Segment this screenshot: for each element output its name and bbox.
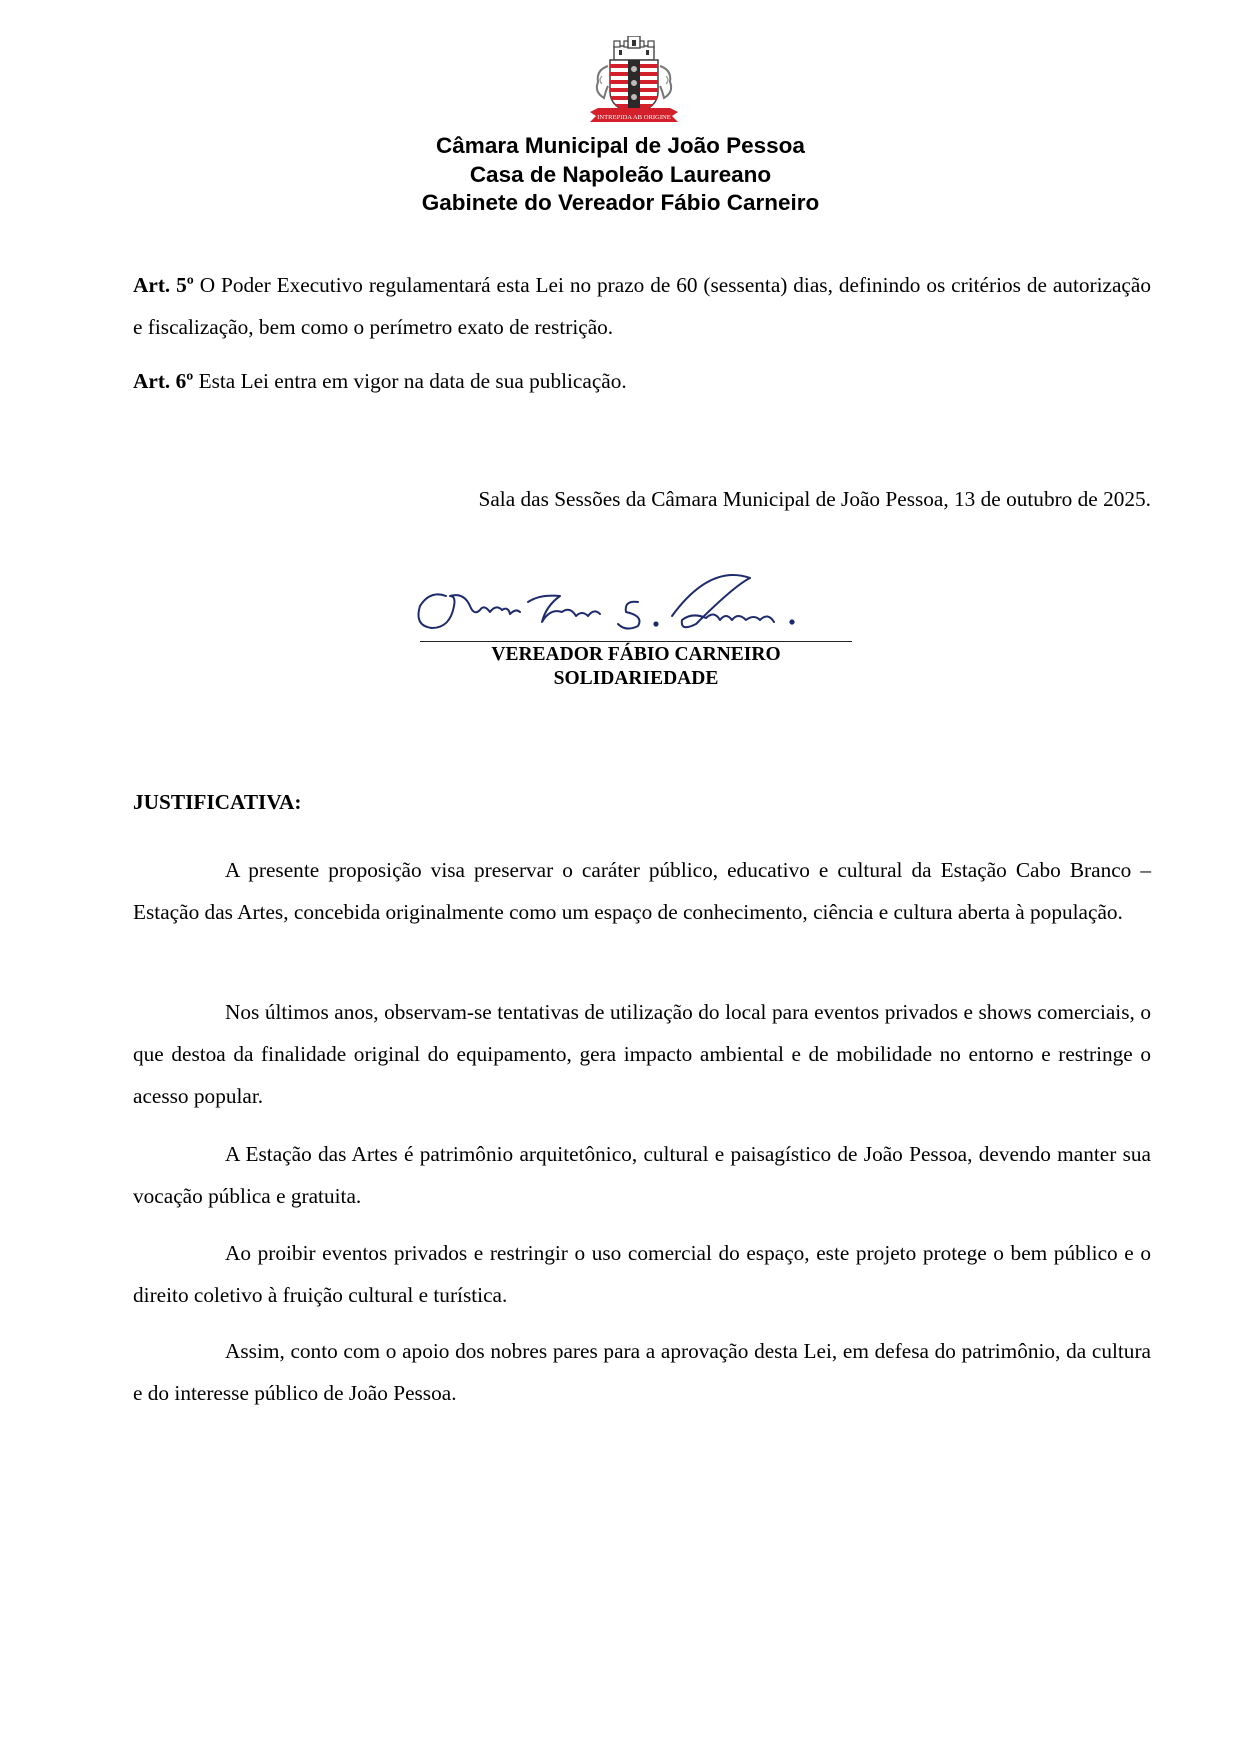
letterhead-house: Casa de Napoleão Laureano xyxy=(0,161,1241,190)
justification-paragraph: Ao proibir eventos privados e restringir… xyxy=(133,1232,1151,1316)
signature-line xyxy=(420,641,852,642)
article-6: Art. 6º Esta Lei entra em vigor na data … xyxy=(133,360,1151,402)
signatory-party: SOLIDARIEDADE xyxy=(420,667,852,691)
svg-text:INTREPIDA AB ORIGINE: INTREPIDA AB ORIGINE xyxy=(597,114,671,121)
letterhead-office: Gabinete do Vereador Fábio Carneiro xyxy=(0,189,1241,218)
justification-paragraph: Assim, conto com o apoio dos nobres pare… xyxy=(133,1330,1151,1414)
article-5-label: Art. 5º xyxy=(133,273,194,297)
handwritten-signature xyxy=(410,566,860,646)
article-5-text: O Poder Executivo regulamentará esta Lei… xyxy=(133,273,1151,339)
letterhead-chamber: Câmara Municipal de João Pessoa xyxy=(0,132,1241,161)
justification-paragraph: Nos últimos anos, observam-se tentativas… xyxy=(133,991,1151,1117)
justification-paragraph: A Estação das Artes é patrimônio arquite… xyxy=(133,1133,1151,1217)
justification-title: JUSTIFICATIVA: xyxy=(133,781,301,823)
place-and-date: Sala das Sessões da Câmara Municipal de … xyxy=(133,478,1151,520)
signatory-name: VEREADOR FÁBIO CARNEIRO xyxy=(420,643,852,667)
document-page: INTREPIDA AB ORIGINE Câmara Municipal de… xyxy=(0,0,1241,1755)
letterhead: Câmara Municipal de João Pessoa Casa de … xyxy=(0,132,1241,218)
article-5: Art. 5º O Poder Executivo regulamentará … xyxy=(133,264,1151,348)
article-6-label: Art. 6º xyxy=(133,369,193,393)
municipal-coat-of-arms-icon: INTREPIDA AB ORIGINE xyxy=(586,36,682,124)
article-6-text: Esta Lei entra em vigor na data de sua p… xyxy=(193,369,626,393)
justification-paragraph: A presente proposição visa preservar o c… xyxy=(133,849,1151,933)
